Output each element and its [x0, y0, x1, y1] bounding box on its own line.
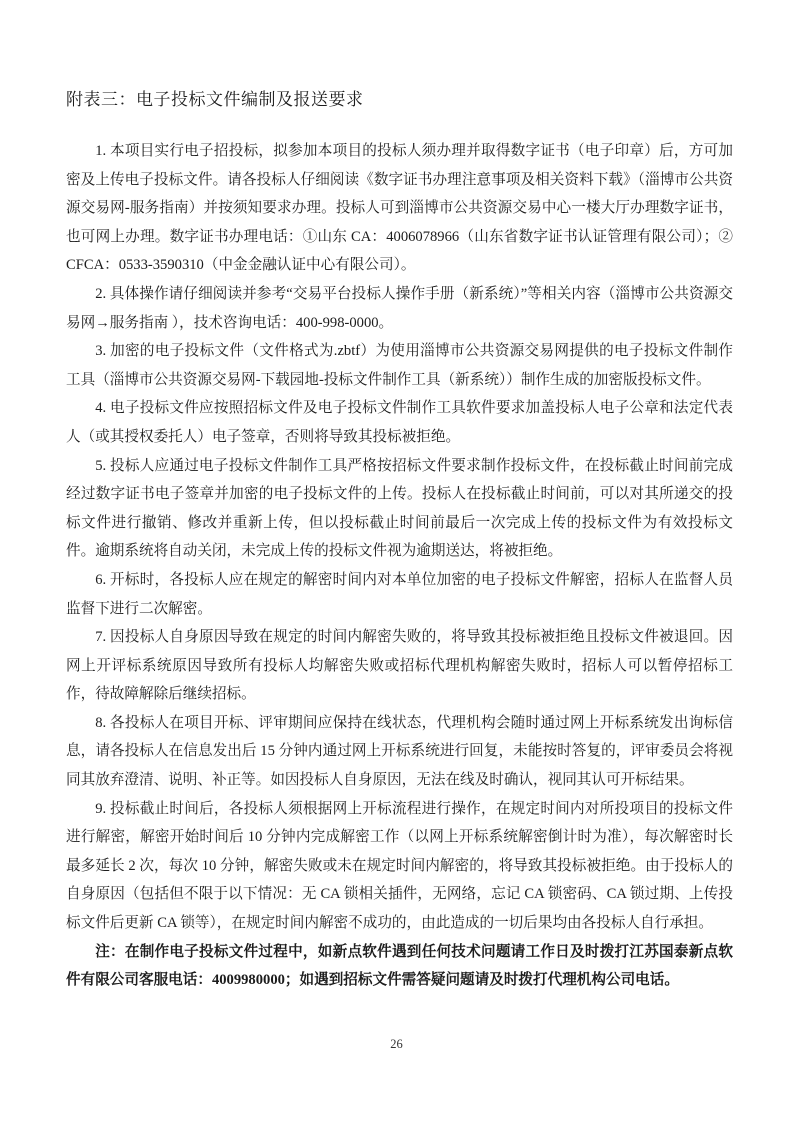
paragraph-7: 7. 因投标人自身原因导致在规定的时间内解密失败的，将导致其投标被拒绝且投标文件…: [66, 623, 733, 709]
paragraph-5: 5. 投标人应通过电子投标文件制作工具严格按招标文件要求制作投标文件，在投标截止…: [66, 452, 733, 566]
document-title: 附表三：电子投标文件编制及报送要求: [66, 88, 733, 112]
paragraph-4: 4. 电子投标文件应按照招标文件及电子投标文件制作工具软件要求加盖投标人电子公章…: [66, 394, 733, 451]
document-page: 附表三：电子投标文件编制及报送要求 1. 本项目实行电子招投标，拟参加本项目的投…: [0, 0, 793, 1122]
paragraph-3: 3. 加密的电子投标文件（文件格式为.zbtf）为使用淄博市公共资源交易网提供的…: [66, 337, 733, 394]
paragraph-6: 6. 开标时，各投标人应在规定的解密时间内对本单位加密的电子投标文件解密，招标人…: [66, 566, 733, 623]
paragraph-8: 8. 各投标人在项目开标、评审期间应保持在线状态，代理机构会随时通过网上开标系统…: [66, 709, 733, 795]
paragraph-2: 2. 具体操作请仔细阅读并参考“交易平台投标人操作手册（新系统）”等相关内容（淄…: [66, 280, 733, 337]
paragraph-1: 1. 本项目实行电子招投标，拟参加本项目的投标人须办理并取得数字证书（电子印章）…: [66, 137, 733, 280]
note-paragraph: 注：在制作电子投标文件过程中，如新点软件遇到任何技术问题请工作日及时拨打江苏国泰…: [66, 938, 733, 995]
document-content: 附表三：电子投标文件编制及报送要求 1. 本项目实行电子招投标，拟参加本项目的投…: [66, 88, 733, 995]
page-number: 26: [0, 1037, 793, 1052]
paragraph-9: 9. 投标截止时间后，各投标人须根据网上开标流程进行操作，在规定时间内对所投项目…: [66, 795, 733, 938]
